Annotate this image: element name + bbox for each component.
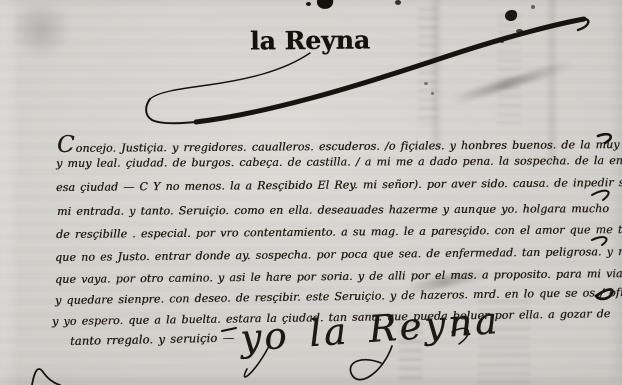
ink-bleed-through xyxy=(497,14,521,124)
manuscript-line: y quedare sienpre. con deseo. de resçibi… xyxy=(55,287,622,306)
heading-la-reyna: la Reyna xyxy=(250,25,370,55)
ink-speck xyxy=(306,2,311,6)
ink-blot xyxy=(316,0,335,11)
manuscript-line: que no es Justo. entrar donde ay. sospec… xyxy=(55,246,622,263)
ink-smudge xyxy=(449,59,574,105)
ink-bleed-through xyxy=(418,8,438,126)
ink-speck xyxy=(516,29,523,33)
ink-speck xyxy=(500,40,504,43)
manuscript-line: de resçibille . especial. por vro conten… xyxy=(56,224,622,240)
manuscript-line: mi entrada. y tanto. Seruiçio. como en e… xyxy=(57,203,609,217)
ink-speck xyxy=(531,5,535,9)
manuscript-line: que vaya. por otro camino. y asi le hare… xyxy=(55,268,622,285)
ink-speck xyxy=(424,82,428,85)
manuscript-page: la Reyna Concejo. Justiçia. y rregidores… xyxy=(0,0,622,385)
ink-speck xyxy=(395,0,401,5)
royal-signature: yo la Reyna xyxy=(239,299,502,360)
manuscript-line: esa çiudad — C Y no menos. la a Resçibid… xyxy=(56,177,622,193)
manuscript-line: tanto rregalo. y seruiçio — xyxy=(70,333,234,348)
ink-speck xyxy=(431,92,434,95)
manuscript-line: y muy leal. çiudad. de burgos. cabeça. d… xyxy=(56,155,622,169)
fold-crease xyxy=(428,0,444,150)
corner-smudge xyxy=(10,4,72,60)
manuscript-line: Concejo. Justiçia. y rregidores. caualle… xyxy=(57,130,622,157)
ink-blot xyxy=(505,10,517,21)
